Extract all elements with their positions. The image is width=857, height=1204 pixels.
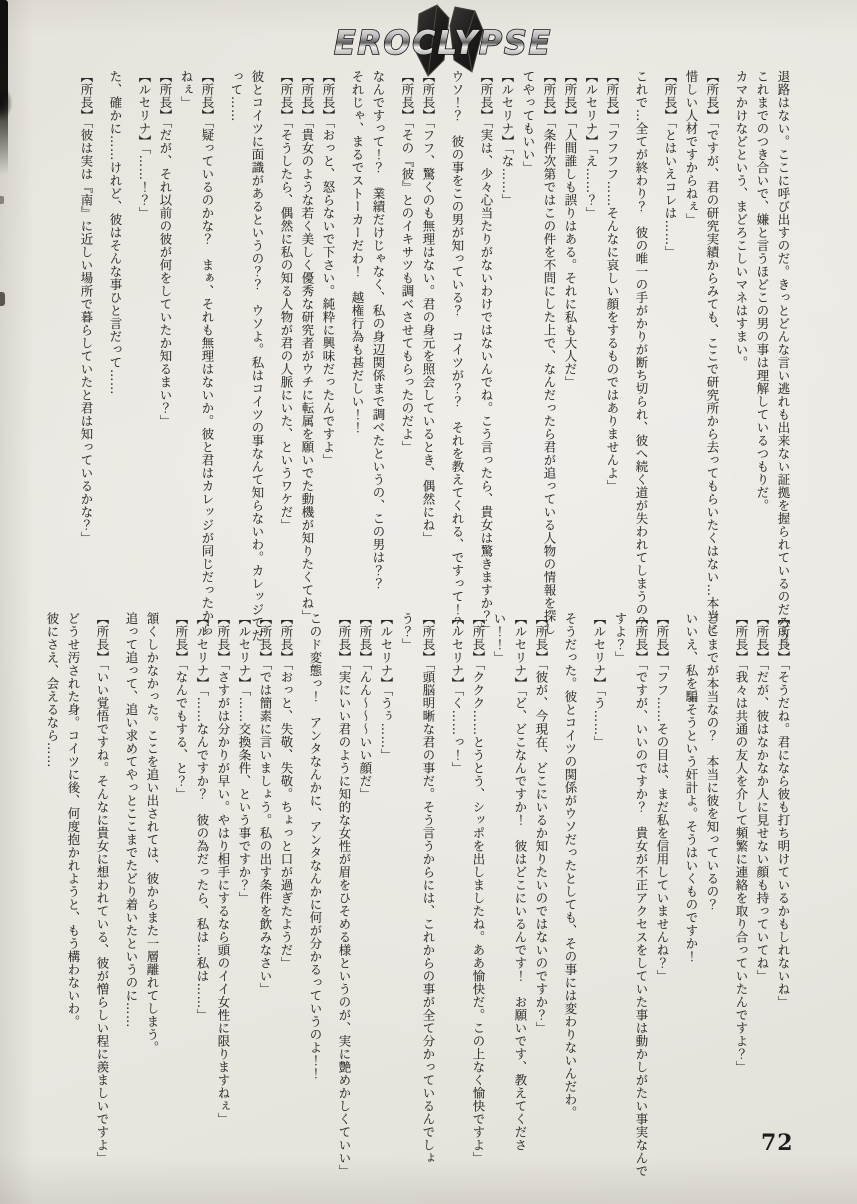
script-paragraph-dialogue: 【所長】「疑っているのかな？ まぁ、それも無理はないか。彼と君はカレッジが同じだ… xyxy=(134,70,218,615)
script-line: 【所長】「さすがは分かりが早い。やはり相手にするなら頭のイイ女性に限りますねぇ」 xyxy=(213,612,234,1180)
script-line: 【所長】「だが、それ以前の彼が何をしていたか知るまい？」 xyxy=(155,70,176,615)
script-line: 【所長】「彼は実は『南』に近しい場所で暮らしていたと君は知っているかな？」 xyxy=(76,70,97,615)
script-line: 追って追って、追い求めてやっとここまでたどり着いたというのに…… xyxy=(121,612,142,1180)
script-line: 【ルセリナ】「く……っ！」 xyxy=(447,612,468,1180)
script-line: 【所長】「その『彼』とのイキサツも調べさせてもらったのだよ」 xyxy=(397,70,418,615)
script-line: 【ルセリナ】「……交換条件、という事ですか？」 xyxy=(234,612,255,1180)
script-paragraph-monologue: どうせ汚された身。コイツに後、何度抱かれようと、もう構わないわ。彼にさえ、会える… xyxy=(42,612,84,1180)
script-line: 【所長】「フフ、驚くのも無理はない。君の身元を照会しているとき、偶然にね」 xyxy=(418,70,439,615)
script-paragraph-dialogue: 【所長】「頭脳明晰な君の事だ。そう言うからには、これからの事が全て分かっているん… xyxy=(334,612,439,1180)
script-line: 【所長】「だが、彼はなかなか人に見せない顔も持っていてね」 xyxy=(752,612,773,1180)
script-line: ウソ！？ 彼の事をこの男が知っている？ コイツが？？ それを教えてくれる、ですっ… xyxy=(447,70,468,615)
script-line: 【所長】「んん〜〜〜いい顔だ」 xyxy=(355,612,376,1180)
script-paragraph-monologue: このド変態っ！ アンタなんかに、アンタなんかに何が分かるっていうのよ！！ xyxy=(305,612,326,1180)
script-line: 【所長】「疑っているのかな？ まぁ、それも無理はないか。彼と君はカレッジが同じだ… xyxy=(197,70,218,615)
script-line: いいえ、私を騙そうという奸計よ。そうはいくものですか！ xyxy=(681,612,702,1180)
script-paragraph-dialogue: 【所長】「彼は実は『南』に近しい場所で暮らしていたと君は知っているかな？」 xyxy=(76,70,97,615)
script-line: 頷くしかなかった。ここを追い出されては、彼からまた一層離れてしまう。 xyxy=(142,612,163,1180)
script-line: 【所長】「実にいい君のように知的な女性が眉をひそめる様というのが、実に艶めかしく… xyxy=(334,612,355,1180)
script-paragraph-monologue: 退路はない。ここに呼び出すのだ。きっとどんな言い逃れも出来ない証拠を握られている… xyxy=(731,70,794,615)
binding-mark xyxy=(0,196,4,204)
top-script-block: 退路はない。ここに呼び出すのだ。きっとどんな言い逃れも出来ない証拠を握られている… xyxy=(46,70,794,615)
script-line: 惜しい人材ですからねぇ」 xyxy=(681,70,702,615)
script-line: 【所長】「では簡素に言いましょう。私の出す条件を飲みなさい」 xyxy=(255,612,276,1180)
script-line: 【所長】「貴女のような若く美しく優秀な研究者がウチに転属を願いでた動機が知りたく… xyxy=(297,70,318,615)
page-number: 72 xyxy=(761,1130,821,1156)
script-line: 【所長】「ですが、君の研究実績からみても、ここで研究所から去ってもらいたくはない… xyxy=(702,70,723,615)
script-line: てやってもいい」 xyxy=(518,70,539,615)
script-line: 退路はない。ここに呼び出すのだ。きっとどんな言い逃れも出来ない証拠を握られている… xyxy=(773,70,794,615)
script-paragraph-dialogue: 【所長】「フフ……その目は、まだ私を信用していませんね？」【所長】「ですが、いい… xyxy=(589,612,673,1180)
script-line: 【所長】「頭脳明晰な君の事だ。そう言うからには、これからの事が全て分かっているん… xyxy=(418,612,439,1180)
script-line: って…… xyxy=(226,70,247,615)
script-line: 【所長】「彼が、今現在、どこにいるか知りたいのではないのですか？」 xyxy=(531,612,552,1180)
script-line: これで…全てが終わり？ 彼の唯一の手がかりが断ち切られ、彼へ続く道が失われてしま… xyxy=(631,70,652,615)
script-line: 【所長】「おっと、怒らないで下さい。純粋に興味だったんですよ」 xyxy=(318,70,339,615)
script-line: 【所長】「そうしたら、偶然に私の知る人物が君の人脈にいた、というワケだ」 xyxy=(276,70,297,615)
script-paragraph-monologue: そうだった。彼とコイツの関係がウソだったとしても、その事には変わりないんだわ。 xyxy=(560,612,581,1180)
script-line: 【所長】「とはいえコレは……」 xyxy=(660,70,681,615)
script-line: 【所長】「実は、少々心当たりがないわけではないんでね。こう言ったら、貴女は驚きま… xyxy=(476,70,497,615)
script-line: 【ルセリナ】「うぅ……」 xyxy=(376,612,397,1180)
script-line: 【所長】「フフ……その目は、まだ私を信用していませんね？」 xyxy=(652,612,673,1180)
scanned-script-page: EROCLYPSE 退路はない。ここに呼び出すのだ。きっとどんな言い逃れも出来な… xyxy=(0,0,857,1204)
script-line: 【所長】「我々は共通の友人を介して頻繁に連絡を取り合っていたんですよ？」 xyxy=(731,612,752,1180)
script-line: た、確かに……けれど、彼はそんな事ひと言だって…… xyxy=(105,70,126,615)
script-line: これまでのつき合いで、嫌と言うほどこの男の事は理解しているつもりだ。 xyxy=(752,70,773,615)
script-paragraph-dialogue: 【所長】「ですが、君の研究実績からみても、ここで研究所から去ってもらいたくはない… xyxy=(660,70,723,615)
script-line: 【ルセリナ】「……！？」 xyxy=(134,70,155,615)
script-line: そうだった。彼とコイツの関係がウソだったとしても、その事には変わりないんだわ。 xyxy=(560,612,581,1180)
script-line: 【所長】「ですが、いいのですか？ 貴女が不正アクセスをしていた事は動かしがたい事… xyxy=(631,612,652,1180)
script-line: このド変態っ！ アンタなんかに、アンタなんかに何が分かるっていうのよ！！ xyxy=(305,612,326,1180)
script-paragraph-dialogue: 【所長】「いい覚悟ですね。そんなに貴女に想われている、彼が憎らしい程に羨ましいで… xyxy=(92,612,113,1180)
script-line: どうせ汚された身。コイツに後、何度抱かれようと、もう構わないわ。 xyxy=(63,612,84,1180)
script-paragraph-monologue: ウソ！？ 彼の事をこの男が知っている？ コイツが？？ それを教えてくれる、ですっ… xyxy=(447,70,468,615)
script-line: どこまでが本当なの？ 本当に彼を知っているの？ xyxy=(702,612,723,1180)
script-line: すよ？」 xyxy=(610,612,631,1180)
script-line: う？」 xyxy=(397,612,418,1180)
script-line: それじゃ、まるでストーカーだわ！ 越権行為も甚だしい！！ xyxy=(347,70,368,615)
script-line: 【ルセリナ】「う……」 xyxy=(589,612,610,1180)
script-line: なんですって！？ 業績だけじゃなく、私の身辺関係まで調べたというの、この男は？？ xyxy=(368,70,389,615)
script-paragraph-monologue: なんですって！？ 業績だけじゃなく、私の身辺関係まで調べたというの、この男は？？… xyxy=(347,70,389,615)
script-line: 【ルセリナ】「ど、どこなんですか！ 彼はどこにいるんです！ お願いです、教えてく… xyxy=(510,612,531,1180)
script-paragraph-dialogue: 【所長】「そうだね。君になら彼も打ち明けているかもしれないね」【所長】「だが、彼… xyxy=(731,612,794,1180)
binding-mark xyxy=(0,292,5,306)
binding-notch-artifact xyxy=(0,86,12,120)
script-line: 【所長】「フフフフ……そんなに哀しい顔をするものではありませんよ」 xyxy=(602,70,623,615)
logo-text: EROCLYPSE xyxy=(334,23,552,62)
script-paragraph-dialogue: 【所長】「フフフフ……そんなに哀しい顔をするものではありませんよ」【ルセリナ】「… xyxy=(476,70,623,615)
script-line: 【所長】「人間誰しも誤りはある。それに私も大人だ」 xyxy=(560,70,581,615)
script-line: 【所長】「ククク……とうとう、シッポを出しましたね。ああ愉快だ。この上なく愉快で… xyxy=(468,612,489,1180)
script-line: 彼にさえ、会えるなら…… xyxy=(42,612,63,1180)
script-paragraph-monologue: た、確かに……けれど、彼はそんな事ひと言だって…… xyxy=(105,70,126,615)
script-line: 【ルセリナ】「な……」 xyxy=(497,70,518,615)
script-line: 【所長】「そうだね。君になら彼も打ち明けているかもしれないね」 xyxy=(773,612,794,1180)
script-paragraph-monologue: 頷くしかなかった。ここを追い出されては、彼からまた一層離れてしまう。追って追って… xyxy=(121,612,163,1180)
script-paragraph-monologue: 彼とコイツに面識があるというの？？ ウソよ。私はコイツの事なんて知らないわ。カレ… xyxy=(226,70,268,615)
script-line: 【ルセリナ】「……なんですか？ 彼の為だったら、私は…私は……」 xyxy=(192,612,213,1180)
script-line: 彼とコイツに面識があるというの？？ ウソよ。私はコイツの事なんて知らないわ。カレ… xyxy=(247,70,268,615)
script-line: 【ルセリナ】「え……？」 xyxy=(581,70,602,615)
bottom-script-block: 【所長】「そうだね。君になら彼も打ち明けているかもしれないね」【所長】「だが、彼… xyxy=(46,612,794,1180)
script-paragraph-dialogue: 【所長】「おっと、怒らないで下さい。純粋に興味だったんですよ」【所長】「貴女のよ… xyxy=(276,70,339,615)
script-line: 【所長】「おっと、失敬、失敬。ちょっと口が過ぎたようだ」 xyxy=(276,612,297,1180)
script-paragraph-dialogue: 【所長】「フフ、驚くのも無理はない。君の身元を照会しているとき、偶然にね」【所長… xyxy=(397,70,439,615)
script-paragraph-monologue: これで…全てが終わり？ 彼の唯一の手がかりが断ち切られ、彼へ続く道が失われてしま… xyxy=(631,70,652,615)
script-line: カマかけなどという、まどろこしいマネはすまい。 xyxy=(731,70,752,615)
script-line: い！！」 xyxy=(489,612,510,1180)
script-paragraph-monologue: どこまでが本当なの？ 本当に彼を知っているの？いいえ、私を騙そうという奸計よ。そ… xyxy=(681,612,723,1180)
script-line: 【所長】「なんでもする、と？」 xyxy=(171,612,192,1180)
script-line: 【所長】「条件次第ではこの件を不問にした上で、なんだったら君が追っている人物の情… xyxy=(539,70,560,615)
script-line: 【所長】「いい覚悟ですね。そんなに貴女に想われている、彼が憎らしい程に羨ましいで… xyxy=(92,612,113,1180)
script-paragraph-dialogue: 【所長】「彼が、今現在、どこにいるか知りたいのではないのですか？」【ルセリナ】「… xyxy=(447,612,552,1180)
script-line: ねぇ」 xyxy=(176,70,197,615)
script-paragraph-dialogue: 【所長】「おっと、失敬、失敬。ちょっと口が過ぎたようだ」【所長】「では簡素に言い… xyxy=(171,612,297,1180)
